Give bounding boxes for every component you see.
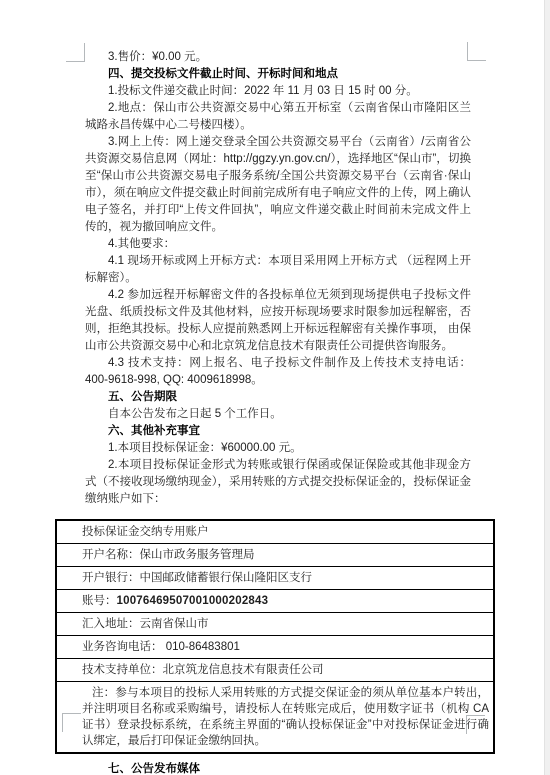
deposit-account-table: 投标保证金交纳专用账户 开户名称：保山市政务服务管理局 开户银行：中国邮政储蓄银… (55, 519, 495, 754)
field-label: 技术支持单位： (82, 664, 163, 676)
field-value: 保山市政务服务管理局 (140, 549, 255, 561)
field-value: 中国邮政储蓄银行保山隆阳区支行 (140, 572, 313, 584)
field-label: 开户名称： (82, 549, 140, 561)
inquiry-phone-cell: 业务咨询电话： 010-86483801 (56, 636, 494, 659)
field-value: 云南省保山市 (140, 618, 209, 630)
table-row: 业务咨询电话： 010-86483801 (56, 636, 494, 659)
paragraph-notice-period: 自本公告发布之日起 5 个工作日。 (85, 406, 471, 423)
paragraph-other-requirements: 4.其他要求： (85, 236, 471, 253)
paragraph-remote-decrypt: 4.2 参加远程开标解密文件的各投标单位无须到现场提供电子投标文件光盘、纸质投标… (85, 287, 471, 355)
table-row: 投标保证金交纳专用账户 (56, 520, 494, 544)
field-label: 业务咨询电话： (82, 641, 163, 653)
field-label: 开户银行： (82, 572, 140, 584)
account-name-cell: 开户名称：保山市政务服务管理局 (56, 544, 494, 567)
section-heading-4: 四、提交投标文件截止时间、开标时间和地点 (85, 66, 471, 83)
section-heading-6: 六、其他补充事宜 (85, 423, 471, 440)
table-title-cell: 投标保证金交纳专用账户 (56, 520, 494, 544)
table-row: 账号：10076469507001000202843 (56, 590, 494, 613)
table-row: 技术支持单位：北京筑龙信息技术有限责任公司 (56, 659, 494, 682)
bank-cell: 开户银行：中国邮政储蓄银行保山隆阳区支行 (56, 567, 494, 590)
table-row: 注：参与本项目的投标人采用转账的方式提交保证金的须从单位基本户转出，并注明项目名… (56, 682, 494, 754)
paragraph-tech-support: 4.3 技术支持：网上报名、电子投标文件制作及上传技术支持电话：400-9618… (85, 355, 471, 389)
field-label: 账号： (82, 595, 117, 607)
document-content: 3.售价：¥0.00 元。 四、提交投标文件截止时间、开标时间和地点 1.投标文… (55, 49, 495, 775)
paragraph-sale-price: 3.售价：¥0.00 元。 (85, 49, 471, 66)
table-row: 开户名称：保山市政务服务管理局 (56, 544, 494, 567)
paragraph-location: 2.地点：保山市公共资源交易中心第五开标室（云南省保山市隆阳区兰城路永昌传媒中心… (85, 100, 471, 134)
paragraph-open-bid-method: 4.1 现场开标或网上开标方式：本项目采用网上开标方式 （远程网上开标解密）。 (85, 253, 471, 287)
section-heading-7: 七、公告发布媒体 (85, 761, 471, 775)
field-value: 北京筑龙信息技术有限责任公司 (163, 664, 324, 676)
table-row: 汇入地址：云南省保山市 (56, 613, 494, 636)
paragraph-online-upload: 3.网上上传：网上递交登录全国公共资源交易平台（云南省）/云南省公共资源交易信息… (85, 134, 471, 236)
field-value: 10076469507001000202843 (117, 595, 269, 607)
field-value: 010-86483801 (163, 641, 240, 653)
paragraph-deadline: 1.投标文件递交截止时间：2022 年 11 月 03 日 15 时 00 分。 (85, 83, 471, 100)
table-row: 开户银行：中国邮政储蓄银行保山隆阳区支行 (56, 567, 494, 590)
section-heading-5: 五、公告期限 (85, 389, 471, 406)
page-edge (544, 0, 550, 775)
table-note-cell: 注：参与本项目的投标人采用转账的方式提交保证金的须从单位基本户转出，并注明项目名… (56, 682, 494, 754)
document-page: 3.售价：¥0.00 元。 四、提交投标文件截止时间、开标时间和地点 1.投标文… (0, 0, 550, 775)
paragraph-deposit-form: 2.本项目投标保证金形式为转账或银行保函或保证保险或其他非现金方式（不接收现场缴… (85, 457, 471, 508)
account-number-cell: 账号：10076469507001000202843 (56, 590, 494, 613)
field-label: 汇入地址： (82, 618, 140, 630)
paragraph-deposit-amount: 1.本项目投标保证金：¥60000.00 元。 (85, 440, 471, 457)
remit-address-cell: 汇入地址：云南省保山市 (56, 613, 494, 636)
tech-support-unit-cell: 技术支持单位：北京筑龙信息技术有限责任公司 (56, 659, 494, 682)
